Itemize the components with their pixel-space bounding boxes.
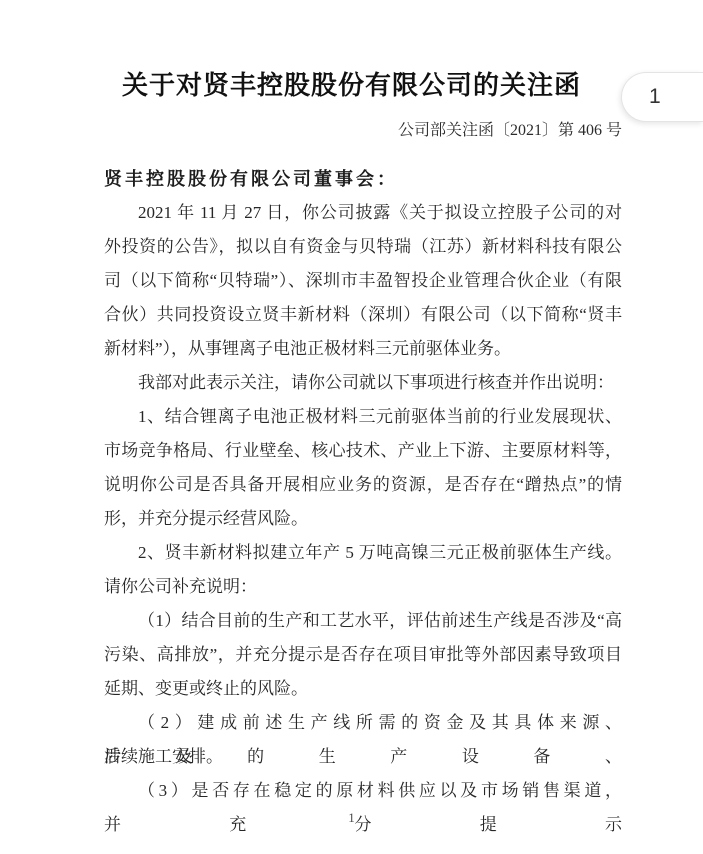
body-line: （1）结合目前的生产和工艺水平，评估前述生产线是否涉及“高 [104,604,622,638]
body-line: 2021 年 11 月 27 日，你公司披露《关于拟设立控股子公司的对 [104,196,622,230]
body-line: 合伙）共同投资设立贤丰新材料（深圳）有限公司（以下简称“贤丰 [104,298,622,332]
body-line: 新材料”），从事锂离子电池正极材料三元前驱体业务。 [104,332,622,366]
body-line: 2、贤丰新材料拟建立年产 5 万吨高镍三元正极前驱体生产线。 [104,536,622,570]
body-line: 1、结合锂离子电池正极材料三元前驱体当前的行业发展现状、 [104,400,622,434]
page-number: 1 [0,810,703,826]
body-line: 延期、变更或终止的风险。 [104,672,622,706]
page-indicator-label: 1 [649,85,661,109]
document-body: 贤丰控股股份有限公司董事会： 2021 年 11 月 27 日，你公司披露《关于… [104,162,622,808]
salutation: 贤丰控股股份有限公司董事会： [104,162,622,196]
body-line: 我部对此表示关注，请你公司就以下事项进行核查并作出说明： [104,366,622,400]
page-title: 关于对贤丰控股股份有限公司的关注函 [0,68,703,104]
body-line: （2）建成前述生产线所需的资金及其具体来源、涉及的生产设备、 [104,706,622,740]
page-indicator-badge[interactable]: 1 [621,72,703,122]
body-line: 形，并充分提示经营风险。 [104,502,622,536]
body-line: （3）是否存在稳定的原材料供应以及市场销售渠道，并充分提示 [104,774,622,808]
body-line: 说明你公司是否具备开展相应业务的资源，是否存在“蹭热点”的情 [104,468,622,502]
body-line: 市场竞争格局、行业壁垒、核心技术、产业上下游、主要原材料等， [104,434,622,468]
reference-number: 公司部关注函〔2021〕第 406 号 [104,120,622,142]
body-line: 请你公司补充说明： [104,570,622,604]
body-line: 污染、高排放”，并充分提示是否存在项目审批等外部因素导致项目 [104,638,622,672]
body-line: 司（以下简称“贝特瑞”）、深圳市丰盈智投企业管理合伙企业（有限 [104,264,622,298]
body-line: 外投资的公告》，拟以自有资金与贝特瑞（江苏）新材料科技有限公 [104,230,622,264]
document-page: 关于对贤丰控股股份有限公司的关注函 公司部关注函〔2021〕第 406 号 贤丰… [0,0,703,854]
